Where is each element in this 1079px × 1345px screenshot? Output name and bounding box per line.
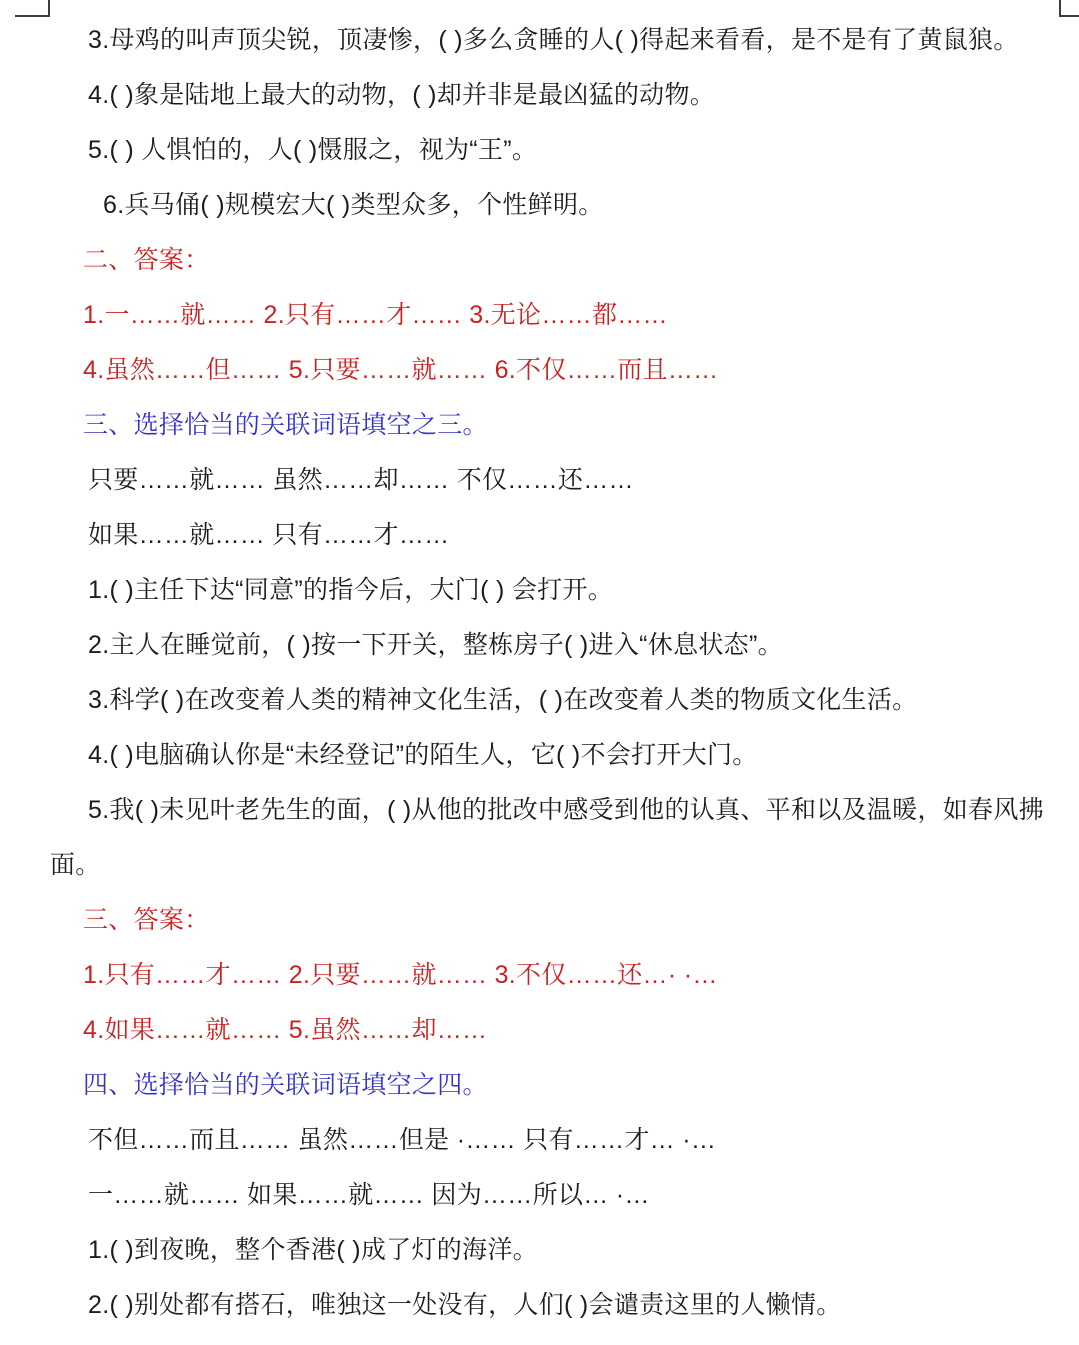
text-line: 如果……就…… 只有……才…… xyxy=(36,508,1079,563)
text-line: 3.科学( )在改变着人类的精神文化生活，( )在改变着人类的物质文化生活。 xyxy=(36,673,1079,728)
text-line: 三、答案： xyxy=(36,893,1079,948)
text-line: 不但……而且…… 虽然……但是 ·…… 只有……才… ·… xyxy=(36,1113,1079,1168)
text-line: 1.( )到夜晚，整个香港( )成了灯的海洋。 xyxy=(36,1223,1079,1278)
document-body: 3.母鸡的叫声顶尖锐，顶凄惨，( )多么贪睡的人( )得起来看看，是不是有了黄鼠… xyxy=(0,0,1079,1345)
text-line: 1.( )主任下达“同意”的指今后，大门( ) 会打开。 xyxy=(36,563,1079,618)
text-line: 4.如果……就…… 5.虽然……却…… xyxy=(36,1003,1079,1058)
text-line: 5.我( )未见叶老先生的面，( )从他的批改中感受到他的认真、平和以及温暖，如… xyxy=(36,783,1079,838)
text-line: 只要……就…… 虽然……却…… 不仅……还…… xyxy=(36,453,1079,508)
text-line: 2.( )别处都有搭石，唯独这一处没有，人们( )会谴责这里的人懒情。 xyxy=(36,1278,1079,1333)
text-line: 5.( ) 人惧怕的，人( )慑服之，视为“王”。 xyxy=(36,123,1079,178)
text-line: 1.只有……才…… 2.只要……就…… 3.不仅……还…· ·… xyxy=(36,948,1079,1003)
text-line: 一……就…… 如果……就…… 因为……所以… ·… xyxy=(36,1168,1079,1223)
text-line: 3.母鸡的叫声顶尖锐，顶凄惨，( )多么贪睡的人( )得起来看看，是不是有了黄鼠… xyxy=(36,13,1079,68)
text-line: 三、选择恰当的关联词语填空之三。 xyxy=(36,398,1079,453)
text-line: 4.虽然……但…… 5.只要……就…… 6.不仅……而且…… xyxy=(36,343,1079,398)
text-line: 6.兵马俑( )规模宏大( )类型众多，个性鲜明。 xyxy=(36,178,1079,233)
text-line: 4.( )电脑确认你是“未经登记”的陌生人，它( )不会打开大门。 xyxy=(36,728,1079,783)
text-line: 面。 xyxy=(36,838,1079,893)
document-page: 3.母鸡的叫声顶尖锐，顶凄惨，( )多么贪睡的人( )得起来看看，是不是有了黄鼠… xyxy=(0,0,1079,1345)
text-line: 4.( )象是陆地上最大的动物，( )却并非是最凶猛的动物。 xyxy=(36,68,1079,123)
text-line: 2.主人在睡觉前，( )按一下开关，整栋房子( )进入“休息状态”。 xyxy=(36,618,1079,673)
text-line: 1.一……就…… 2.只有……才…… 3.无论……都…… xyxy=(36,288,1079,343)
text-line: 二、答案： xyxy=(36,233,1079,288)
text-line: 四、选择恰当的关联词语填空之四。 xyxy=(36,1058,1079,1113)
